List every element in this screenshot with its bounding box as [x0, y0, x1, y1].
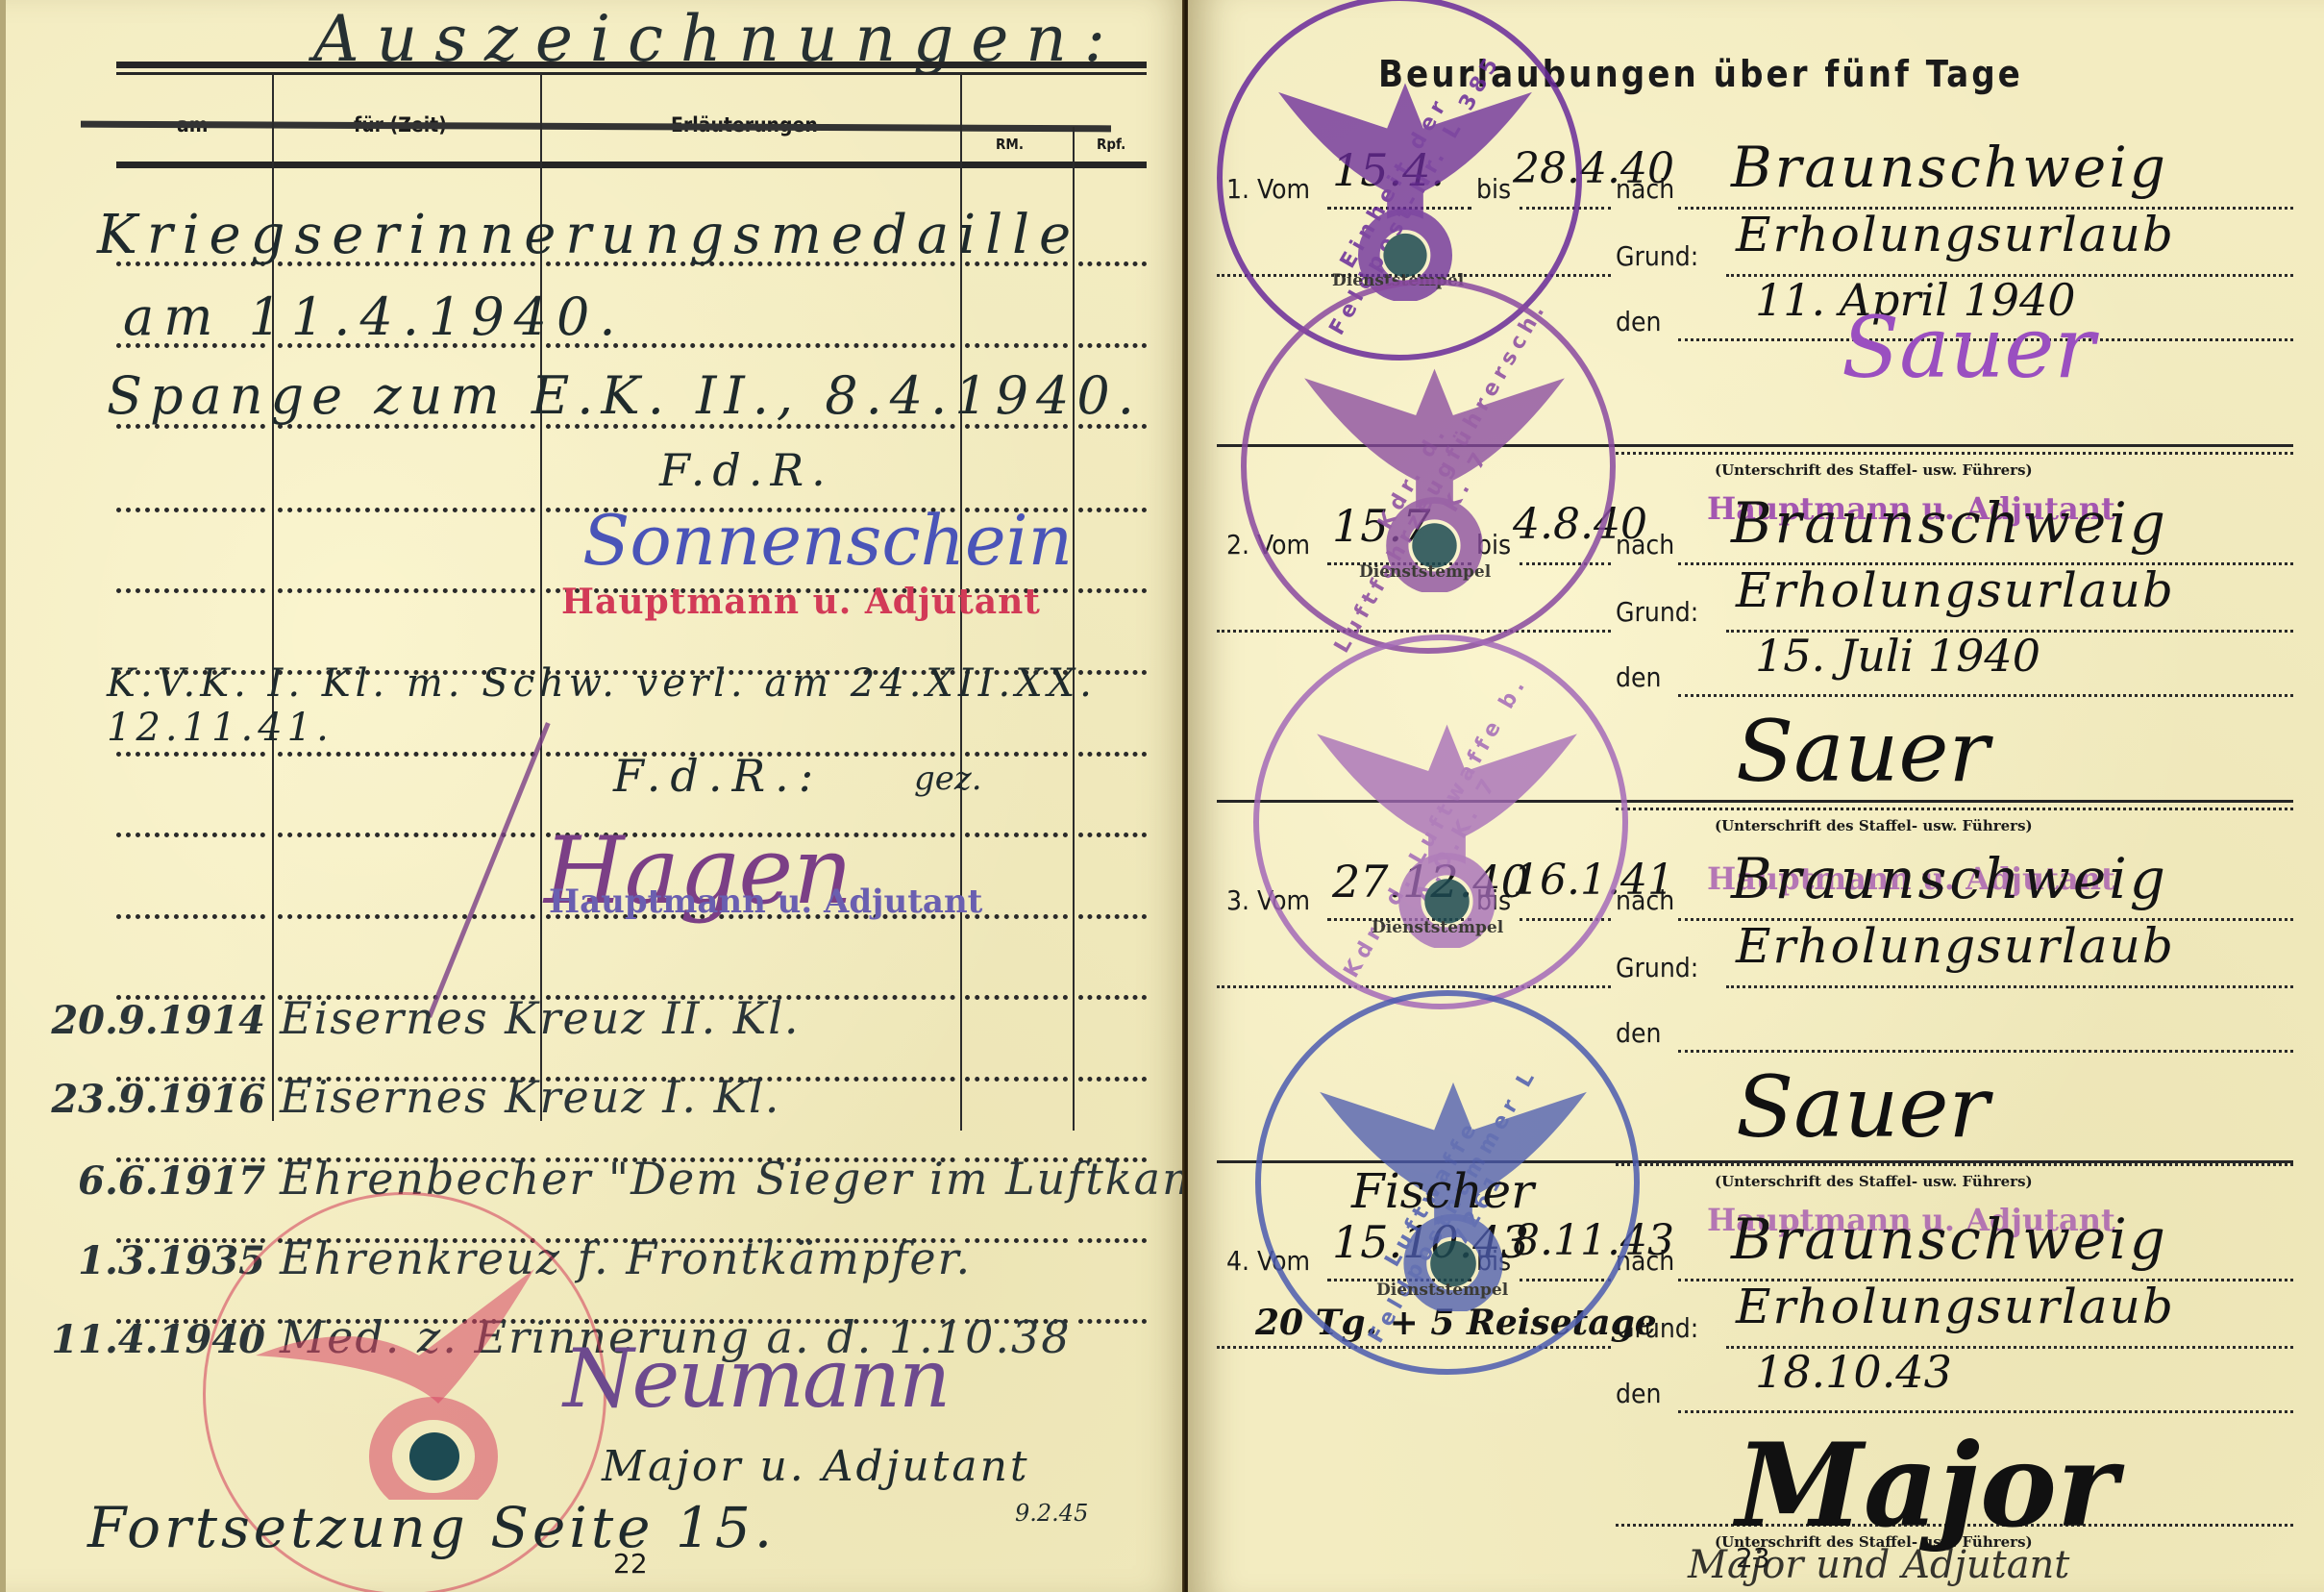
value-reason: Erholungsurlaub	[1736, 918, 2175, 974]
value-destination: Braunschweig	[1731, 1206, 2168, 1272]
dotted-row-line	[965, 833, 1068, 837]
left-page: Auszeichnungen: am für (Zeit) Erläuterun…	[0, 0, 1188, 1592]
column-header-rpf: Rpf.	[1097, 136, 1125, 153]
award-date: 6.6.1917	[78, 1158, 265, 1204]
leave-signature: Sauer	[1736, 702, 1990, 801]
signer-title: Major u. Adjutant	[602, 1442, 1030, 1491]
award-date: 1.3.1935	[78, 1238, 265, 1283]
value-date: 15. Juli 1940	[1755, 630, 2040, 682]
stamp-hauptmann-blue: Hauptmann u. Adjutant	[549, 883, 982, 921]
page-number-left: 22	[613, 1548, 648, 1580]
dotted-field-date	[1678, 1050, 2293, 1053]
header-rule-top	[116, 62, 1147, 68]
label-den: den	[1616, 306, 1661, 337]
signature-caption: (Unterschrift des Staffel- usw. Führers)	[1715, 817, 2033, 834]
dienststempel-label: Dienststempel	[1376, 1281, 1508, 1300]
award-row: 1.3.1935Ehrenkreuz f. Frontkämpfer.	[6, 1238, 1188, 1306]
value-reason: Erholungsurlaub	[1736, 207, 2175, 262]
label-grund: Grund:	[1616, 596, 1698, 628]
dotted-row-line	[1078, 588, 1147, 593]
award-name: Eisernes Kreuz II. Kl.	[280, 992, 801, 1044]
dotted-field-signature	[1616, 452, 2293, 455]
dotted-row-line	[116, 588, 265, 593]
value-destination: Braunschweig	[1731, 135, 2168, 200]
footer-note: Fortsetzung Seite 15.	[87, 1495, 776, 1560]
value-date: 18.10.43	[1755, 1346, 1952, 1398]
entry-line-2: am 11.4.1940.	[123, 286, 626, 347]
sign-date: 9.2.45	[1015, 1500, 1088, 1527]
dotted-row-line	[1078, 833, 1147, 837]
signature-blue: Sonnenschein	[582, 500, 1073, 581]
header-strike-line	[81, 121, 1111, 133]
award-name: Eisernes Kreuz I. Kl.	[280, 1071, 780, 1123]
award-row: 23.9.1916Eisernes Kreuz I. Kl.	[6, 1077, 1188, 1144]
dotted-field-date	[1678, 1410, 2293, 1413]
entry-line-6: F.d.R.:	[613, 750, 823, 802]
award-row: 20.9.1914Eisernes Kreuz II. Kl.	[6, 998, 1188, 1065]
dienststempel-label: Dienststempel	[1359, 562, 1491, 582]
eagle-emblem-icon	[1303, 360, 1566, 592]
dotted-row-line	[1078, 261, 1147, 266]
small-signature: Fischer	[1351, 1163, 1534, 1219]
dotted-row-line	[116, 833, 265, 837]
dotted-field-reason	[1726, 985, 2293, 988]
signature-caption: (Unterschrift des Staffel- usw. Führers)	[1715, 1173, 2033, 1190]
dienststempel-label: Dienststempel	[1372, 918, 1503, 937]
award-date: 23.9.1916	[51, 1077, 265, 1122]
entry-line-5: K.V.K. I. Kl. m. Schw. verl. am 24.XII.X…	[107, 661, 1188, 750]
dotted-row-line	[965, 343, 1068, 348]
entry-line-7: gez.	[914, 759, 982, 798]
column-divider	[1073, 127, 1075, 1131]
dotted-row-line	[1078, 914, 1147, 919]
eagle-emblem-icon	[246, 1250, 563, 1500]
dotted-row-line	[278, 588, 535, 593]
entry-line-3: Spange zum E.K. II., 8.4.1940.	[107, 365, 1142, 426]
label-grund: Grund:	[1616, 240, 1698, 272]
dotted-row-line	[116, 914, 265, 919]
stamp-center-dot	[409, 1432, 459, 1480]
dotted-field-signature	[1616, 1163, 2293, 1166]
value-destination: Braunschweig	[1731, 490, 2168, 556]
right-page: Beurlaubungen über fünf Tage 1. Vombisna…	[1188, 0, 2324, 1592]
official-seal: Kdr. d. Luftwaffe b. A.O.K. 7 Dienststem…	[1253, 634, 1628, 1009]
label-den: den	[1616, 1017, 1661, 1049]
dotted-row-line	[116, 508, 265, 512]
header-rule-top-thin	[116, 72, 1147, 75]
signature-stroke	[427, 722, 550, 1018]
value-destination: Braunschweig	[1731, 846, 2168, 911]
label-den: den	[1616, 661, 1661, 693]
dotted-row-line	[1078, 343, 1147, 348]
value-reason: Erholungsurlaub	[1736, 1279, 2175, 1334]
dotted-row-line	[116, 752, 265, 757]
award-row: 6.6.1917Ehrenbecher "Dem Sieger im Luftk…	[6, 1158, 1188, 1226]
dotted-row-line	[278, 914, 535, 919]
entry-line-4: F.d.R.	[659, 444, 833, 496]
label-den: den	[1616, 1378, 1661, 1409]
label-grund: Grund:	[1616, 952, 1698, 983]
dotted-row-line	[1078, 752, 1147, 757]
signature-caption: (Unterschrift des Staffel- usw. Führers)	[1715, 461, 2033, 479]
dotted-field-date	[1678, 694, 2293, 697]
award-date: 20.9.1914	[51, 998, 265, 1043]
entry-line-1: Kriegserinnerungsmedaille	[97, 204, 1080, 266]
dotted-row-line	[1078, 508, 1147, 512]
dotted-row-line	[278, 508, 535, 512]
value-reason: Erholungsurlaub	[1736, 562, 2175, 618]
eagle-emblem-icon	[1277, 74, 1533, 301]
dotted-row-line	[278, 833, 535, 837]
page-number-right: 23	[1736, 1542, 1770, 1574]
dotted-row-line	[278, 752, 535, 757]
leave-signature: Major	[1736, 1418, 2117, 1554]
stamp-hauptmann-red: Hauptmann u. Adjutant	[561, 582, 1041, 622]
official-seal: Kdr. d. Luftfahrzeugführersch. u. K. 7 D…	[1241, 279, 1616, 654]
dotted-field-signature	[1616, 808, 2293, 810]
leave-signature: Sauer	[1842, 298, 2095, 397]
signature-neumann: Neumann	[563, 1331, 949, 1426]
leave-signature: Sauer	[1736, 1057, 1990, 1157]
header-rule-bottom	[116, 162, 1147, 168]
dotted-row-line	[965, 752, 1068, 757]
column-header-rm: RM.	[996, 136, 1024, 153]
eagle-emblem-icon	[1316, 715, 1578, 948]
